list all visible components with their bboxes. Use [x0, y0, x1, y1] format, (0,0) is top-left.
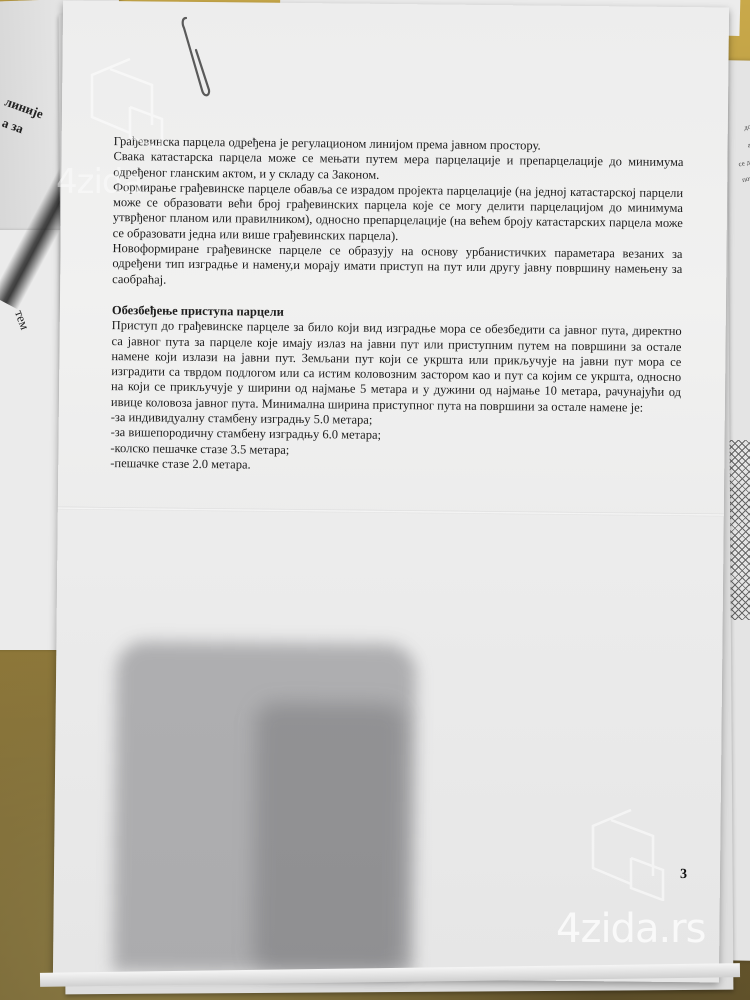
paragraph: Формирање грађевинске парцеле обавља се … [113, 180, 684, 247]
fragment-text: површина [741, 169, 750, 184]
watermark-logo-icon [88, 55, 168, 150]
section-text: Приступ до грађевинске парцеле за било к… [111, 318, 682, 416]
fold-crease [58, 507, 724, 517]
document-body: Грађевинска парцела одређена је регулаци… [110, 134, 684, 477]
watermark-text: 4zida [56, 162, 142, 202]
phone-shadow-inner [253, 703, 406, 975]
watermark-text: 4zida.rs [556, 906, 705, 952]
paperclip-icon [180, 14, 212, 100]
page-number: 3 [680, 867, 687, 883]
watermark-logo-icon [585, 806, 665, 901]
paragraph: Новоформиране грађевинске парцеле се обр… [112, 241, 682, 293]
fragment-text: се довољно [737, 153, 750, 168]
fragment-text: до учесто [744, 118, 750, 132]
